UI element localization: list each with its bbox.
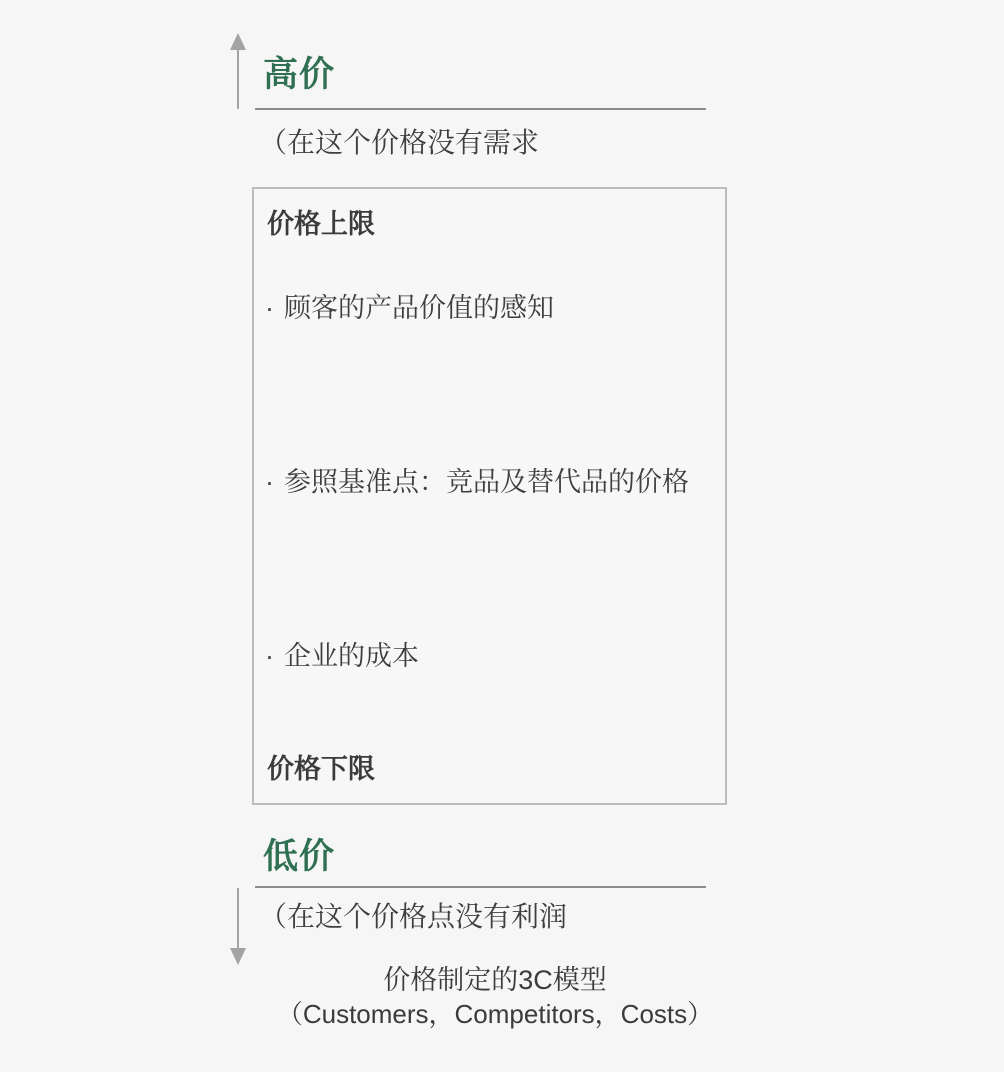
list-item: ·企业的成本 (265, 640, 419, 672)
list-item: ·顾客的产品价值的感知 (265, 292, 554, 324)
price-floor-label: 价格下限 (267, 754, 375, 785)
price-axis-line-bottom (237, 888, 239, 949)
list-item-text: 企业的成本 (284, 641, 419, 671)
bullet-icon: · (265, 292, 274, 324)
list-item: ·参照基准点：竞品及替代品的价格 (265, 466, 689, 498)
diagram-title: 价格制定的3C模型 (0, 962, 990, 998)
low-price-caption: （在这个价格点没有利润 (259, 901, 567, 933)
price-bounds-box: 价格上限 ·顾客的产品价值的感知 ·参照基准点：竞品及替代品的价格 ·企业的成本… (252, 187, 727, 805)
price-ceiling-label: 价格上限 (267, 209, 375, 240)
list-item-text: 参照基准点：竞品及替代品的价格 (284, 467, 689, 497)
bullet-icon: · (265, 466, 274, 498)
high-price-label: 高价 (263, 56, 335, 95)
high-price-caption: （在这个价格没有需求 (259, 127, 539, 159)
list-item-text: 顾客的产品价值的感知 (284, 293, 554, 323)
diagram-caption: 价格制定的3C模型 （Customers，Competitors，Costs） (0, 962, 990, 1032)
low-price-label: 低价 (263, 838, 335, 877)
bullet-icon: · (265, 640, 274, 672)
low-price-divider (255, 886, 706, 888)
pricing-3c-diagram: 高价 （在这个价格没有需求 价格上限 ·顾客的产品价值的感知 ·参照基准点：竞品… (0, 0, 1004, 1072)
arrow-up-icon (230, 33, 246, 50)
high-price-divider (255, 108, 706, 110)
price-axis-line-top (237, 49, 239, 109)
diagram-subtitle: （Customers，Competitors，Costs） (0, 998, 990, 1032)
